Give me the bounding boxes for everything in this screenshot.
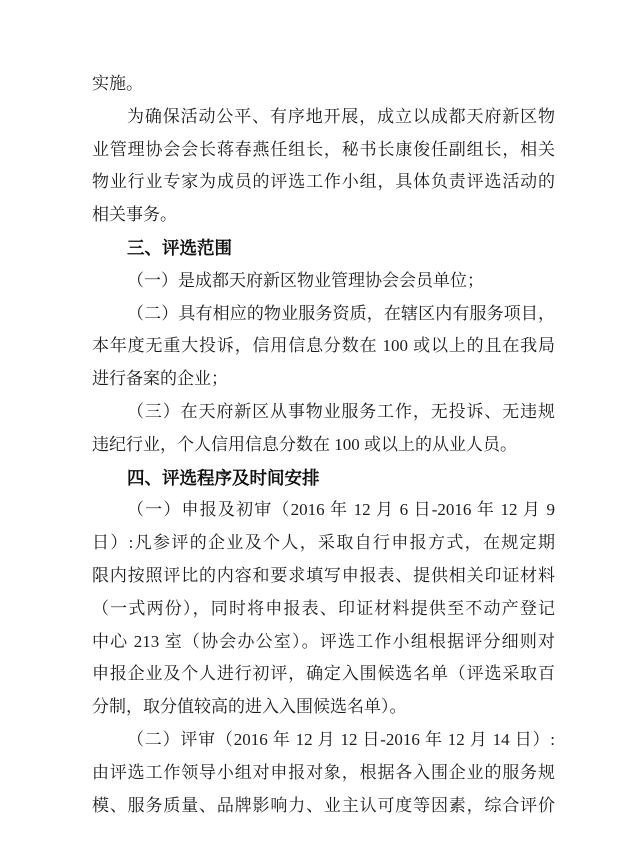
document-body: 实施。 为确保活动公平、有序地开展，成立以成都天府新区物 业管理协会会长蒋春燕任… xyxy=(92,68,555,822)
text-line: 进行备案的企业； xyxy=(92,363,555,396)
document-page: 实施。 为确保活动公平、有序地开展，成立以成都天府新区物 业管理协会会长蒋春燕任… xyxy=(0,0,641,858)
text-line: （二）具有相应的物业服务资质，在辖区内有服务项目， xyxy=(92,298,555,331)
text-line: 模、服务质量、品牌影响力、业主认可度等因素，综合评价 xyxy=(92,790,555,823)
text-line: （一）申报及初审（2016 年 12 月 6 日-2016 年 12 月 9 xyxy=(92,494,555,527)
text-line: （三）在天府新区从事物业服务工作，无投诉、无违规 xyxy=(92,396,555,429)
text-line: 中心 213 室（协会办公室）。评选工作小组根据评分细则对 xyxy=(92,626,555,659)
text-line: 物业行业专家为成员的评选工作小组，具体负责评选活动的 xyxy=(92,166,555,199)
text-line: 由评选工作领导小组对申报对象，根据各入围企业的服务规 xyxy=(92,757,555,790)
text-line: 申报企业及个人进行初评，确定入围候选名单（评选采取百 xyxy=(92,658,555,691)
text-line: 相关事务。 xyxy=(92,199,555,232)
section-heading-scope: 三、评选范围 xyxy=(92,232,555,265)
section-heading-procedure: 四、评选程序及时间安排 xyxy=(92,462,555,495)
text-line: 实施。 xyxy=(92,68,555,101)
text-line: 限内按照评比的内容和要求填写申报表、提供相关印证材料 xyxy=(92,560,555,593)
text-line: （一式两份），同时将申报表、印证材料提供至不动产登记 xyxy=(92,593,555,626)
text-line: （二）评审（2016 年 12 月 12 日-2016 年 12 月 14 日）… xyxy=(92,724,555,757)
text-line: 日）:凡参评的企业及个人，采取自行申报方式，在规定期 xyxy=(92,527,555,560)
text-line: 分制，取分值较高的进入入围候选名单）。 xyxy=(92,691,555,724)
text-line: 违纪行业，个人信用信息分数在 100 或以上的从业人员。 xyxy=(92,429,555,462)
text-line: 本年度无重大投诉，信用信息分数在 100 或以上的且在我局 xyxy=(92,330,555,363)
text-line: （一）是成都天府新区物业管理协会会员单位； xyxy=(92,265,555,298)
text-line: 业管理协会会长蒋春燕任组长，秘书长康俊任副组长，相关 xyxy=(92,134,555,167)
text-line: 为确保活动公平、有序地开展，成立以成都天府新区物 xyxy=(92,101,555,134)
